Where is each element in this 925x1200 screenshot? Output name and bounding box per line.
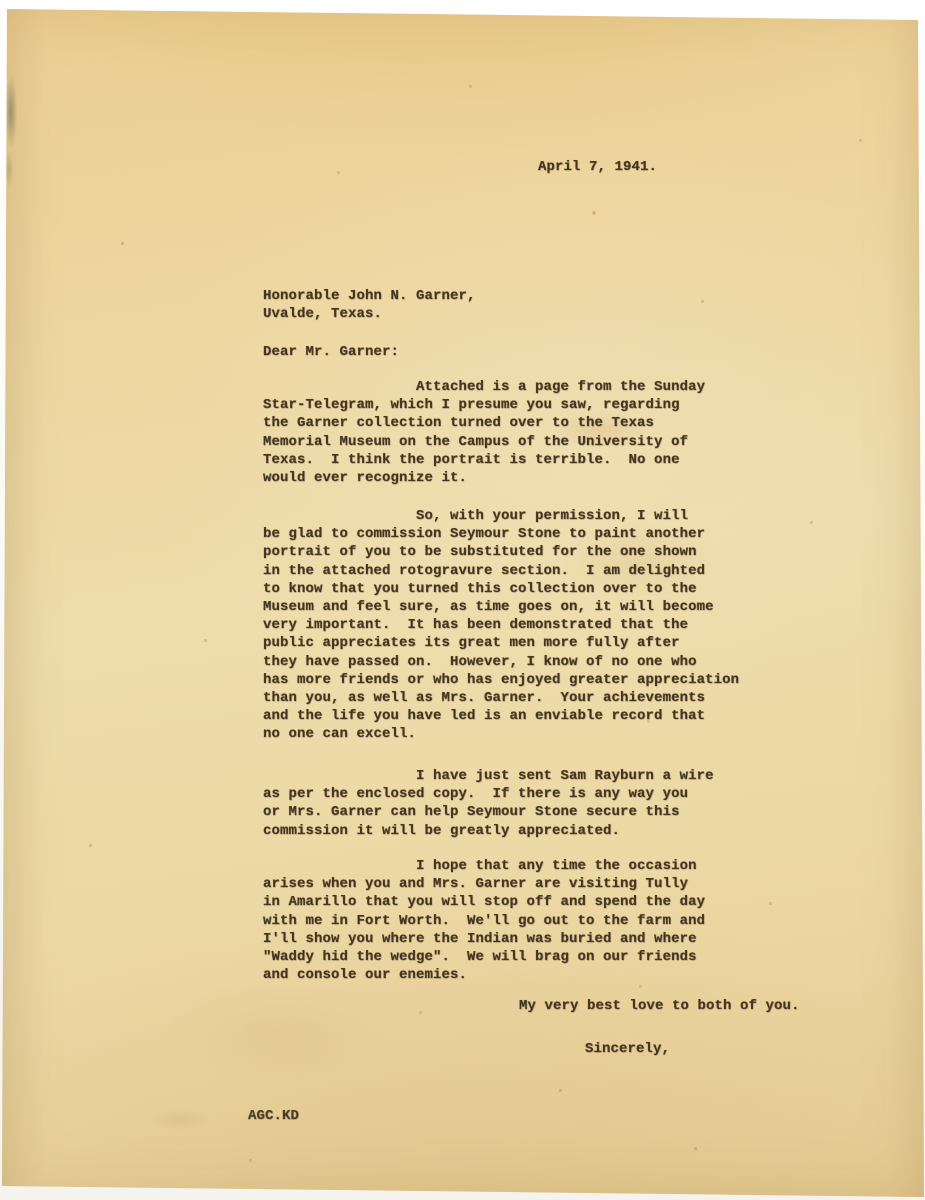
body-paragraph-4: I hope that any time the occasion arises… (263, 857, 705, 984)
body-paragraph-1: Attached is a page from the Sunday Star-… (263, 378, 705, 487)
closing-line: My very best love to both of you. (519, 997, 800, 1015)
scan-frame: April 7, 1941. Honorable John N. Garner,… (0, 0, 925, 1200)
recipient-address: Honorable John N. Garner, Uvalde, Texas. (263, 287, 476, 323)
paper-speckle-texture (0, 0, 1, 1)
reference-initials: AGC.KD (248, 1107, 299, 1125)
salutation: Dear Mr. Garner: (263, 343, 399, 361)
letter-date: April 7, 1941. (538, 158, 657, 176)
signoff: Sincerely, (585, 1040, 670, 1058)
body-paragraph-3: I have just sent Sam Rayburn a wire as p… (263, 767, 714, 840)
letter-page: April 7, 1941. Honorable John N. Garner,… (0, 0, 925, 1200)
body-paragraph-2: So, with your permission, I will be glad… (263, 507, 739, 744)
